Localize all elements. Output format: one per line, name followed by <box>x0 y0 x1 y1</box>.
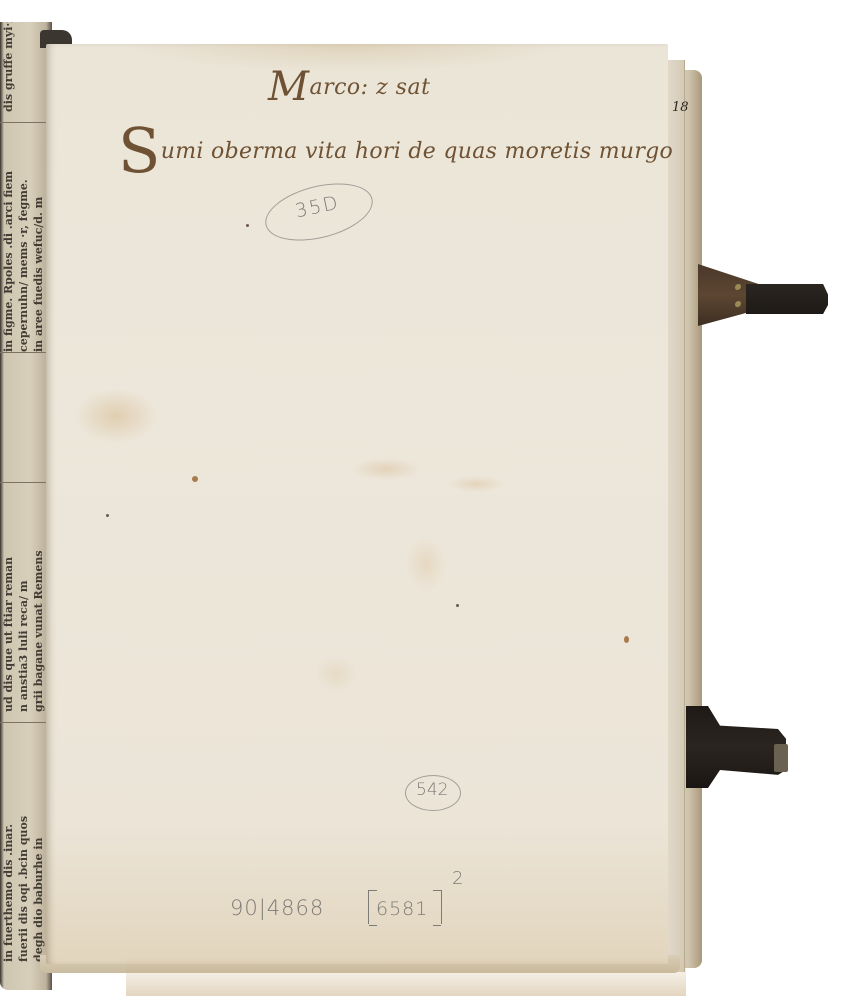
title-text: umi oberma vita hori de quas moretis mur… <box>161 139 673 164</box>
foxing-spot <box>246 224 249 227</box>
spine-rule <box>0 722 52 723</box>
spine-text-column: fuerii dis oqi .bcin quos <box>17 742 31 962</box>
clasp-metal-plate <box>686 706 786 788</box>
spine-text-column: in aree fuedis wefuc/d. m <box>32 132 46 352</box>
binding-spine: in figme. Rpoles .di .arci fiem cepernuh… <box>0 22 52 990</box>
content-title: Sumi oberma vita hori de quas moretis mu… <box>118 114 673 187</box>
spine-rule <box>0 122 52 123</box>
folio-number: 18 <box>672 100 689 115</box>
spine-text-column: grii bagane vunat Remens <box>32 492 46 712</box>
spine-text-column: cepernuhn/ mems ·r, fegme. <box>17 132 31 352</box>
decorated-initial: S <box>118 114 161 187</box>
spine-rule <box>0 482 52 483</box>
shelfmark: 90|4868 <box>230 896 324 920</box>
spine-text-column: in fuerthemo dis .inar. <box>2 742 16 962</box>
rivet-icon <box>735 284 742 291</box>
spine-text-column: in figme. Rpoles .di .arci fiem <box>2 132 16 352</box>
foxing-spot <box>456 604 459 607</box>
spine-rule <box>0 352 52 353</box>
heading-text: arco: z sat <box>309 75 430 100</box>
spine-text-column: dis gruffe myi·mult/ amo/ m <box>2 22 16 112</box>
clasp-hook <box>774 744 788 772</box>
ownership-heading: Marco: z sat <box>268 64 430 110</box>
spine-text-column: ud dis que ut ftiar reman <box>2 492 16 712</box>
pencil-number-542: 542 <box>416 780 448 800</box>
foxing-spot <box>624 636 629 643</box>
foxing-spot <box>106 514 109 517</box>
water-stain <box>126 956 686 996</box>
rivet-icon <box>735 301 742 308</box>
bracketed-number: 6581 <box>376 898 428 920</box>
spine-text-column: n anstia3 luli reca/ m <box>17 492 31 712</box>
clasp-metal-catch <box>746 284 828 314</box>
superscript-number: 2 <box>452 868 463 889</box>
foxing-spot <box>192 476 198 482</box>
spine-text-column: degh dio baburhe in <box>32 742 46 962</box>
manuscript-photograph: in figme. Rpoles .di .arci fiem cepernuh… <box>0 0 852 1000</box>
decorated-initial: M <box>268 64 309 110</box>
